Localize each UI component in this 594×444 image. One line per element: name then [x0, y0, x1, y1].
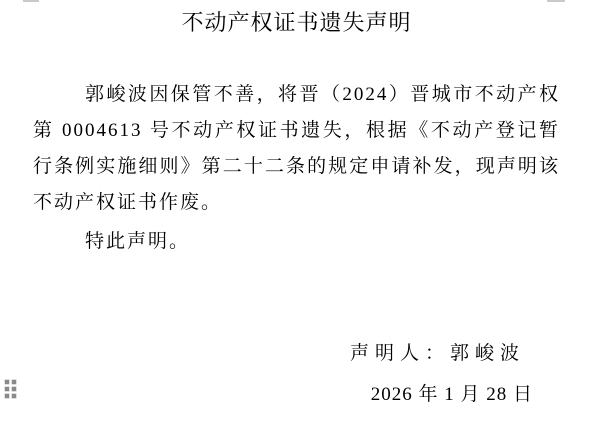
drag-handle-dot [5, 387, 9, 391]
drag-handle-dot [5, 394, 9, 398]
drag-handle-dot [12, 380, 16, 384]
closing-paragraph: 特此声明。 [33, 224, 560, 260]
document-page: 不动产权证书遗失声明 郭峻波因保管不善，将晋（2024）晋城市不动产权第 000… [0, 0, 594, 444]
statement-date: 2026 年 1 月 28 日 [33, 377, 533, 413]
document-body: 不动产权证书遗失声明 郭峻波因保管不善，将晋（2024）晋城市不动产权第 000… [33, 0, 560, 413]
drag-handle-dot [5, 380, 9, 384]
declarant-signature: 声明人：郭峻波 [33, 336, 525, 372]
signature-block: 声明人：郭峻波 2026 年 1 月 28 日 [33, 336, 560, 413]
statement-paragraph: 郭峻波因保管不善，将晋（2024）晋城市不动产权第 0004613 号不动产权证… [33, 77, 560, 221]
drag-handle-icon[interactable] [5, 380, 16, 398]
drag-handle-dot [12, 394, 16, 398]
document-title: 不动产权证书遗失声明 [33, 8, 560, 38]
drag-handle-dot [12, 387, 16, 391]
